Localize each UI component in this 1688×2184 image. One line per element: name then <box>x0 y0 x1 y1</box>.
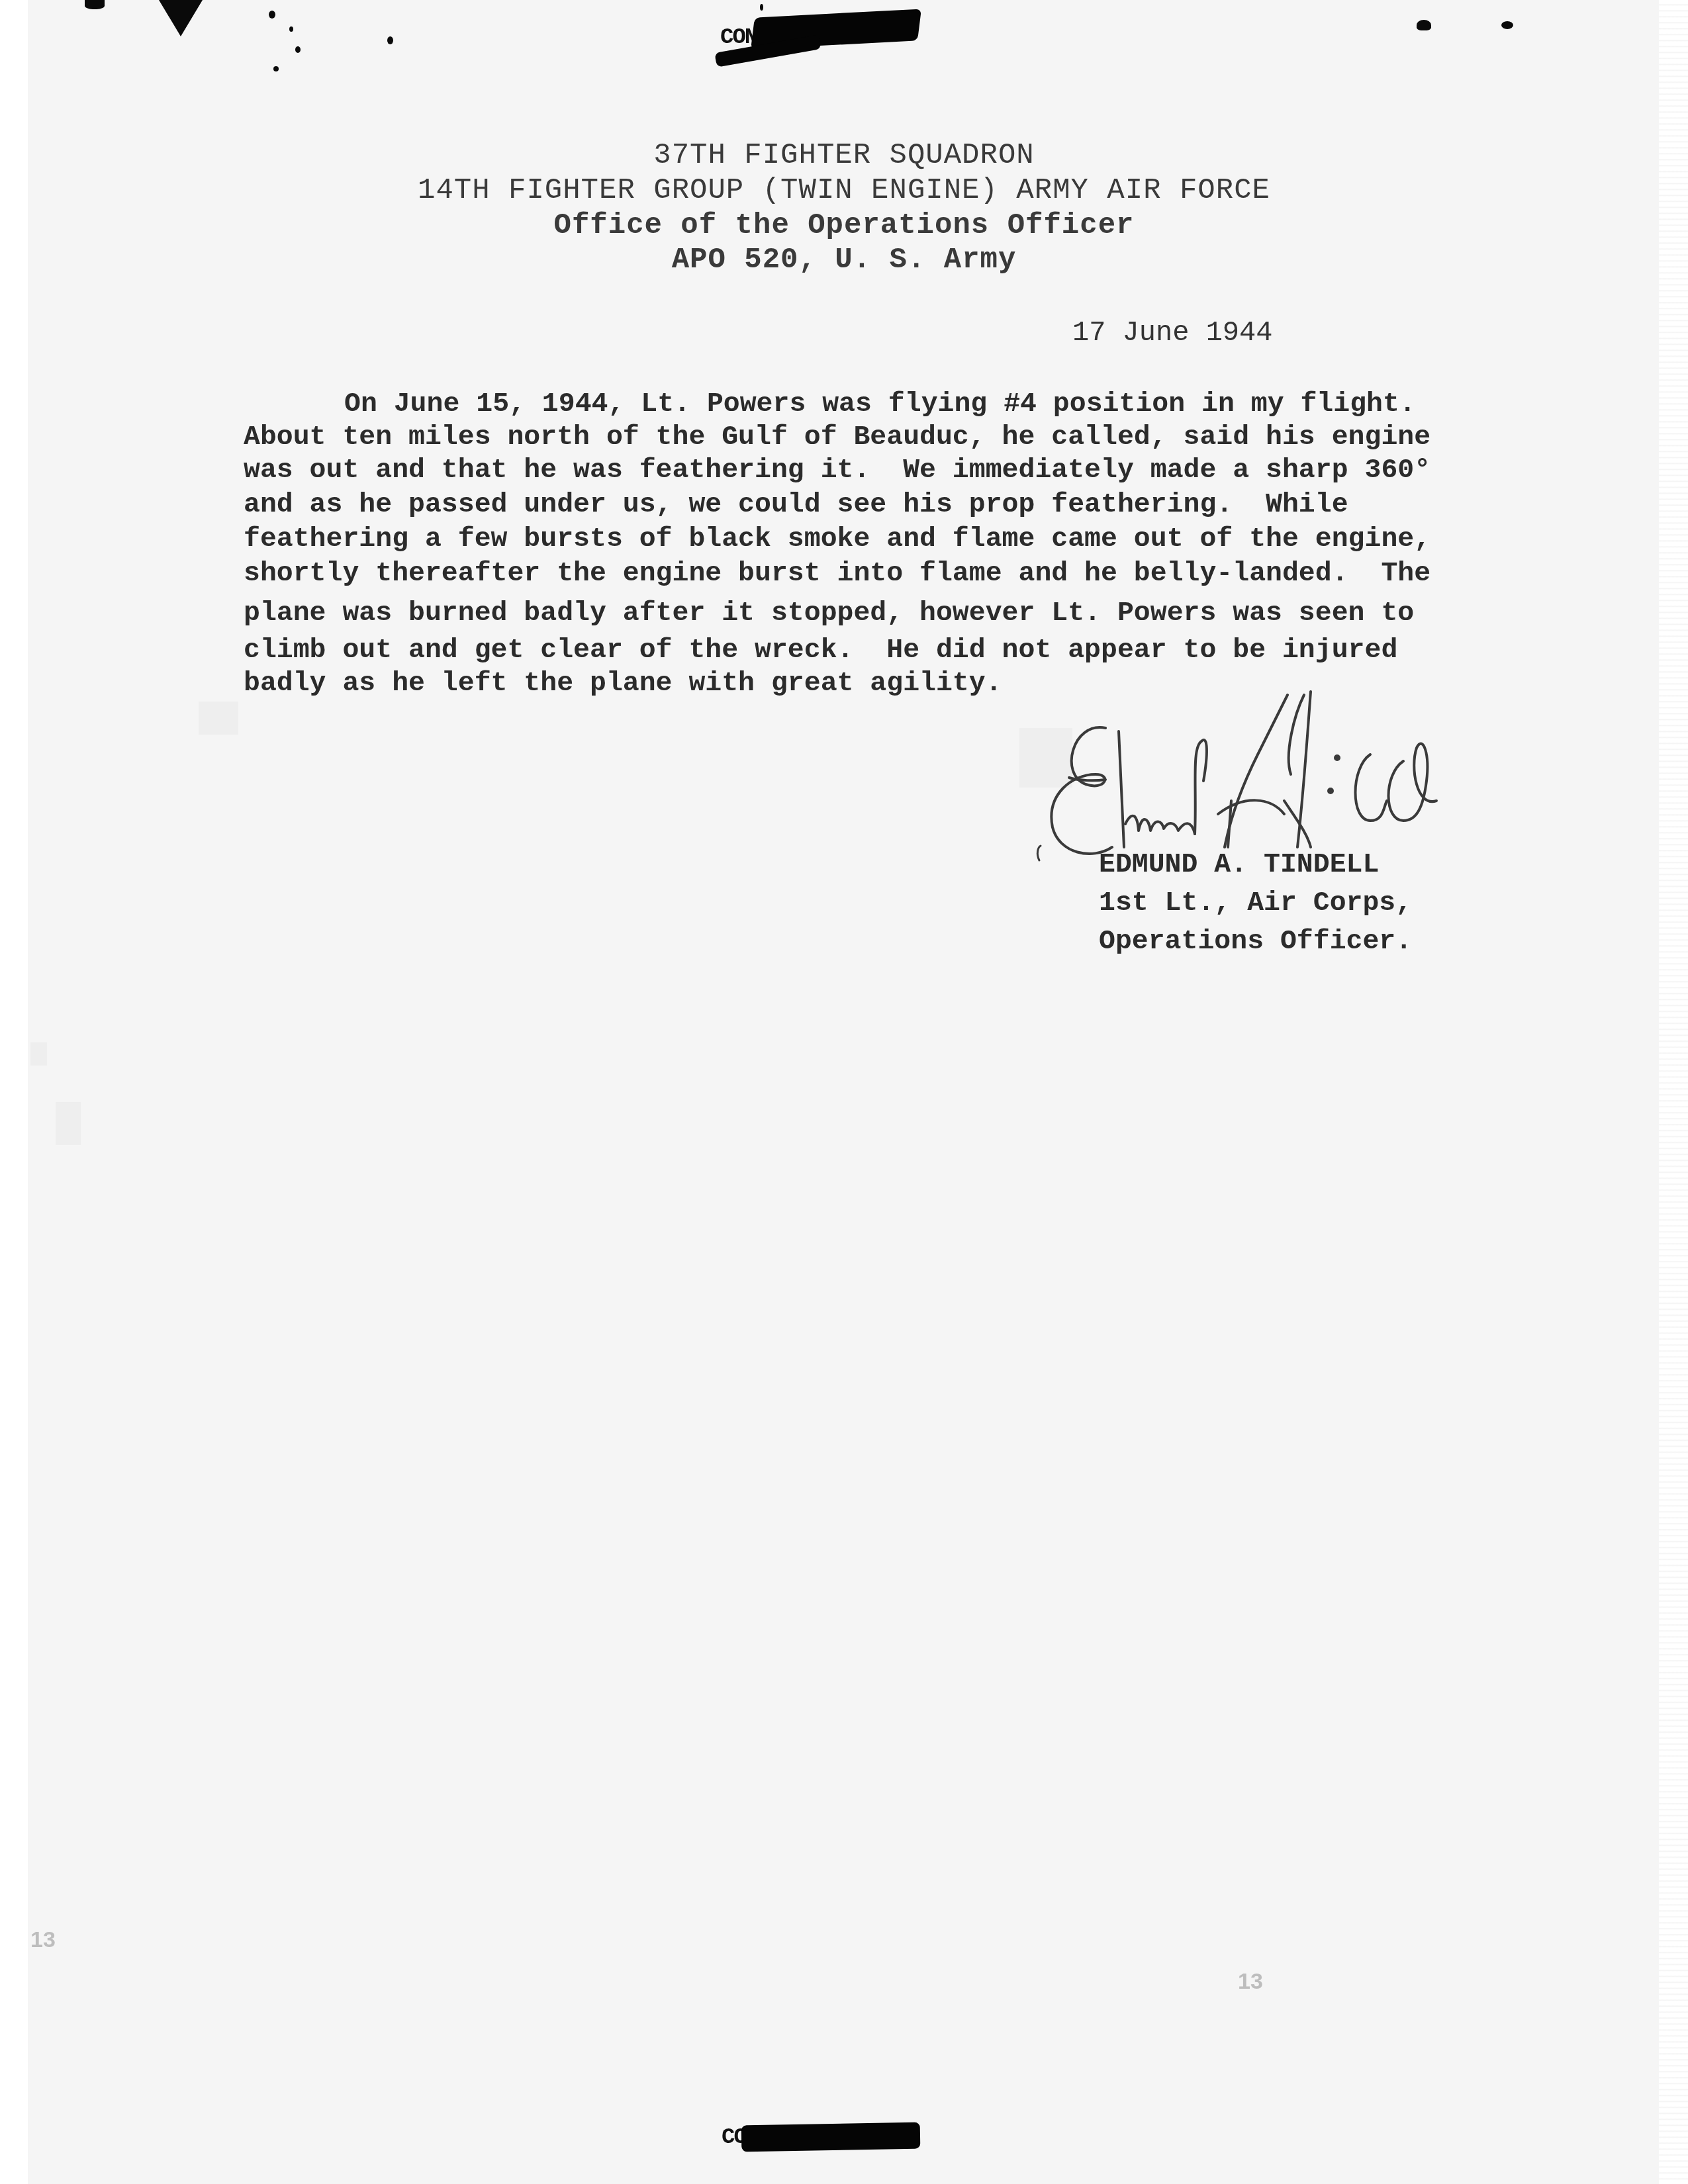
body-line: plane was burned badly after it stopped,… <box>244 596 1501 633</box>
ink-blot <box>760 4 763 11</box>
bottom-confidential-stamp: CONFIDENTIAL <box>722 2121 940 2161</box>
ink-blot <box>85 0 105 9</box>
body-line: and as he passed under us, we could see … <box>244 488 1501 522</box>
body-line: shortly thereafter the engine burst into… <box>244 557 1501 596</box>
scan-edge-strip <box>1659 0 1688 2184</box>
redaction-mark <box>741 2122 921 2152</box>
ink-blot <box>295 46 301 53</box>
page-mark: 13 <box>1238 1969 1263 1995</box>
apo-heading: APO 520, U. S. Army <box>0 244 1688 277</box>
ink-blot <box>269 11 275 19</box>
ink-blot <box>273 66 279 71</box>
ink-blot <box>159 0 203 36</box>
body-line: was out and that he was feathering it. W… <box>244 453 1501 488</box>
body-line: climb out and get clear of the wreck. He… <box>244 633 1501 666</box>
body-line: feathering a few bursts of black smoke a… <box>244 522 1501 557</box>
office-heading: Office of the Operations Officer <box>0 209 1688 242</box>
signer-rank: 1st Lt., Air Corps, <box>1099 884 1412 923</box>
ink-blot <box>1501 21 1513 29</box>
top-confidential-stamp: CONFIDENTIAL <box>720 20 925 66</box>
ink-blot <box>289 26 293 32</box>
group-heading: 14TH FIGHTER GROUP (TWIN ENGINE) ARMY AI… <box>0 174 1688 207</box>
ink-blot <box>387 36 393 44</box>
scan-smudge <box>30 1042 47 1066</box>
report-body: On June 15, 1944, Lt. Powers was flying … <box>244 387 1501 701</box>
signer-title: Operations Officer. <box>1099 923 1412 961</box>
page-mark: 13 <box>30 1927 56 1953</box>
ink-blot <box>1417 20 1431 30</box>
signature-block: EDMUND A. TINDELL 1st Lt., Air Corps, Op… <box>1099 846 1412 961</box>
document-date: 17 June 1944 <box>1072 316 1272 349</box>
signer-name: EDMUND A. TINDELL <box>1099 846 1412 884</box>
document-page <box>28 0 1659 2184</box>
squadron-heading: 37TH FIGHTER SQUADRON <box>0 139 1688 172</box>
body-line: On June 15, 1944, Lt. Powers was flying … <box>244 387 1501 422</box>
scan-smudge <box>199 702 238 735</box>
scan-smudge <box>56 1102 81 1145</box>
body-line: About ten miles north of the Gulf of Bea… <box>244 422 1501 453</box>
